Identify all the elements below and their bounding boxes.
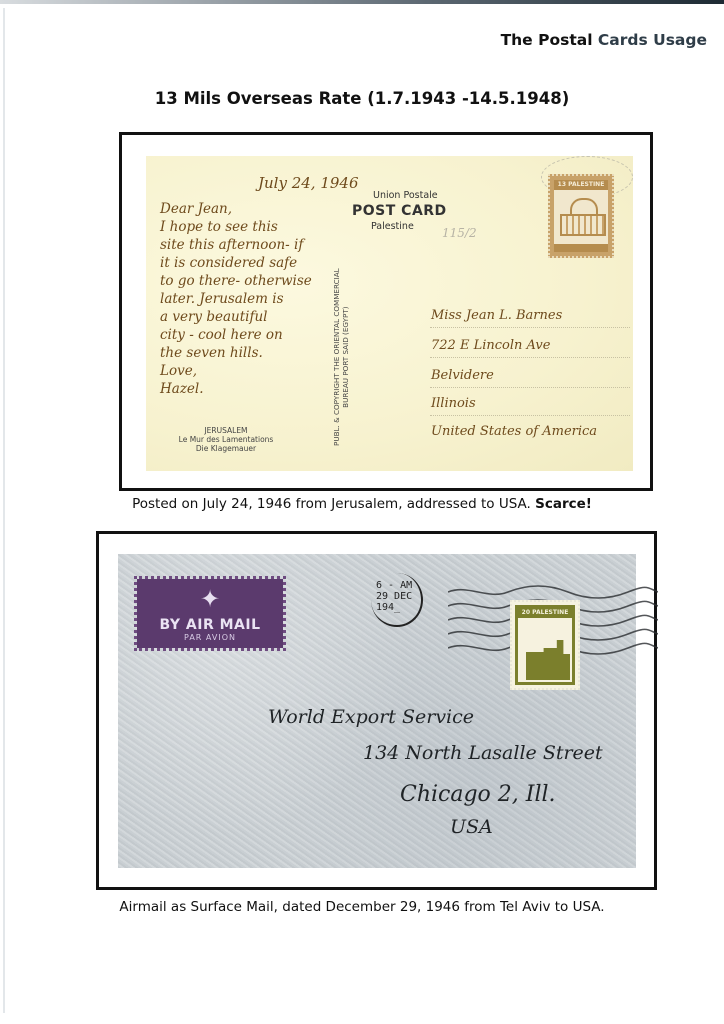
datestamp-text: 6 - AM 29 DEC 194_ [376,580,412,613]
pencil-note: 115/2 [442,226,477,240]
address-line: United States of America [431,424,597,439]
printed-union-postale: Union Postale [373,190,438,201]
message-line: I hope to see this [160,218,312,236]
stamp-footer-band [554,244,608,252]
page-title: 13 Mils Overseas Rate (1.7.1943 -14.5.19… [0,89,724,108]
caption-emphasis: Scarce! [535,496,592,512]
building-icon [560,214,606,236]
address-line: Miss Jean L. Barnes [431,308,562,323]
address-rule [430,386,630,388]
address-rule [430,356,630,358]
address-rule [430,414,630,416]
wings-icon: ✦ [195,585,225,613]
airmail-label-line2: PAR AVION [137,633,283,642]
stamp-vignette: 13 PALESTINE [554,180,608,252]
message-line: it is considered safe [160,254,312,272]
airmail-cover-image[interactable]: ✦ BY AIR MAIL PAR AVION 6 - AM 29 DEC 19… [118,554,636,868]
message-line: Dear Jean, [160,200,312,218]
address-line: Illinois [431,396,476,411]
stamp-country: PALESTINE [532,609,568,616]
airmail-label-line1: BY AIR MAIL [137,617,283,633]
datestamp-date: 29 DEC [376,591,412,602]
address-line: 722 E Lincoln Ave [431,338,550,353]
cover-address-line: Chicago 2, Ill. [400,782,556,807]
scan-top-edge [0,0,724,4]
stamp-20-mils-tower-of-david[interactable]: 20 PALESTINE [510,600,580,690]
stamp-13-mils-dome-of-rock[interactable]: 13 PALESTINE [548,174,614,258]
stamp-value: 13 [558,181,566,188]
message-line: Hazel. [160,380,312,398]
header-title-part1: The Postal [501,31,598,49]
cover-address-line: World Export Service [268,706,474,728]
picture-caption: JERUSALEM Le Mur des Lamentations Die Kl… [166,426,286,453]
caption-text: Posted on July 24, 1946 from Jerusalem, … [132,496,535,512]
header-title-part2: Cards Usage [598,31,707,49]
address-line: Belvidere [431,368,494,383]
postcard-mount-frame: July 24, 1946 Dear Jean, I hope to see t… [119,132,653,491]
page-header: The Postal Cards Usage [501,31,707,49]
cover-address-line: USA [450,816,493,838]
stamp-value: 20 [522,609,530,616]
publisher-line: PUBL. & COPYRIGHT THE ORIENTAL COMMERCIA… [332,268,341,446]
stamp-country: PALESTINE [568,181,604,188]
message-line: the seven hills. [160,344,312,362]
picture-caption-line: Die Klagemauer [166,444,286,453]
publisher-line: BUREAU PORT SAID (EGYPT) [341,268,350,446]
postcard-date: July 24, 1946 [258,174,359,192]
stamp-country-band: 13 PALESTINE [554,180,608,190]
cover-mount-frame: ✦ BY AIR MAIL PAR AVION 6 - AM 29 DEC 19… [96,531,657,890]
datestamp-time: 6 - AM [376,580,412,591]
stamp-frame: 20 PALESTINE [515,605,575,685]
address-rule [430,326,630,328]
stamp-country-band: 20 PALESTINE [518,608,572,618]
printed-palestine: Palestine [371,221,414,232]
postcard-image[interactable]: July 24, 1946 Dear Jean, I hope to see t… [146,156,633,471]
datestamp-year: 194_ [376,602,412,613]
publisher-imprint: PUBL. & COPYRIGHT THE ORIENTAL COMMERCIA… [332,268,350,446]
airmail-etiquette: ✦ BY AIR MAIL PAR AVION [137,579,283,648]
tower-icon [526,640,570,680]
picture-caption-line: JERUSALEM [166,426,286,435]
picture-caption-line: Le Mur des Lamentations [166,435,286,444]
message-line: a very beautiful [160,308,312,326]
message-line: to go there- otherwise [160,272,312,290]
message-line: site this afternoon- if [160,236,312,254]
caption-item1: Posted on July 24, 1946 from Jerusalem, … [0,496,724,512]
message-line: later. Jerusalem is [160,290,312,308]
printed-post-card: POST CARD [352,203,447,219]
caption-item2: Airmail as Surface Mail, dated December … [0,899,724,915]
message-line: Love, [160,362,312,380]
postcard-message: Dear Jean, I hope to see this site this … [160,200,312,398]
cover-address-line: 134 North Lasalle Street [363,742,603,764]
message-line: city - cool here on [160,326,312,344]
